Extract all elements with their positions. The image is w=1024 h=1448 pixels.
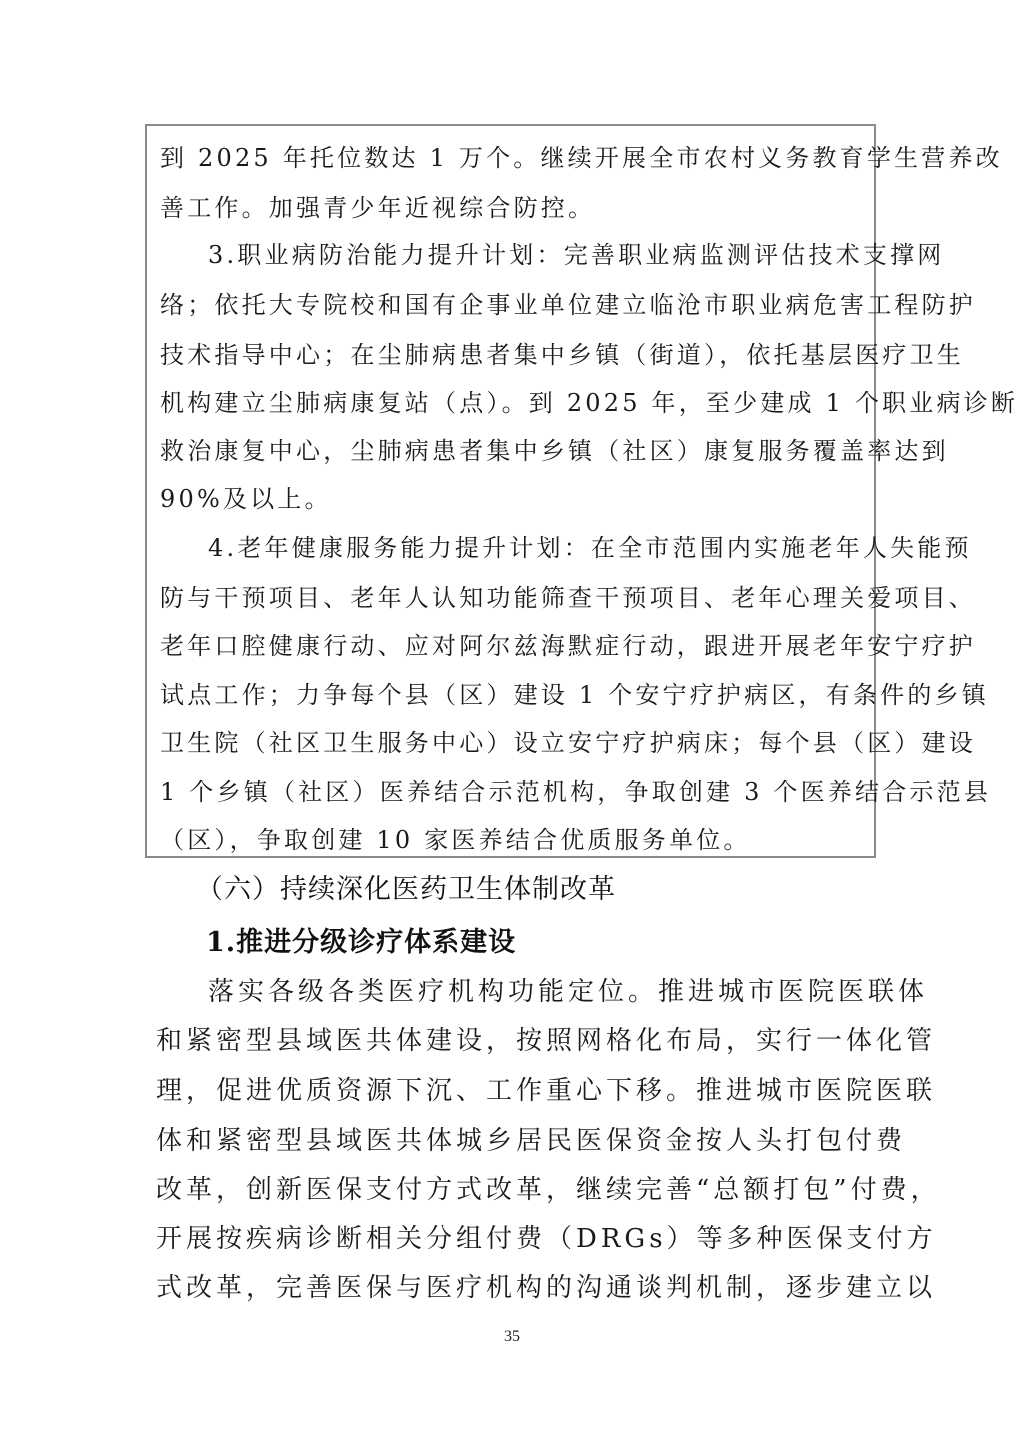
body-text-line: 和紧密型县域医共体建设，按照网格化布局，实行一体化管	[156, 1024, 870, 1058]
box-text-line: 到 2025 年托位数达 1 万个。继续开展全市农村义务教育学生营养改	[160, 143, 870, 173]
box-text-line: 老年口腔健康行动、应对阿尔兹海默症行动，跟进开展老年安宁疗护	[160, 631, 870, 661]
page-number: 35	[0, 1328, 1024, 1346]
box-text-line: 1 个乡镇（社区）医养结合示范机构，争取创建 3 个医养结合示范县	[160, 777, 870, 807]
box-text-line: （区），争取创建 10 家医养结合优质服务单位。	[160, 825, 870, 855]
box-text-line: 防与干预项目、老年人认知功能筛查干预项目、老年心理关爱项目、	[160, 583, 870, 613]
document-page: 到 2025 年托位数达 1 万个。继续开展全市农村义务教育学生营养改 善工作。…	[0, 0, 1024, 1448]
box-text-line: 4.老年健康服务能力提升计划：在全市范围内实施老年人失能预	[160, 533, 870, 563]
box-text-line: 机构建立尘肺病康复站（点）。到 2025 年，至少建成 1 个职业病诊断	[160, 388, 870, 418]
box-text-line: 善工作。加强青少年近视综合防控。	[160, 193, 870, 223]
body-text-line: 式改革，完善医保与医疗机构的沟通谈判机制，逐步建立以	[156, 1271, 870, 1305]
box-text-line: 卫生院（社区卫生服务中心）设立安宁疗护病床；每个县（区）建设	[160, 728, 870, 758]
subsection-heading: 1.推进分级诊疗体系建设	[206, 926, 516, 960]
box-text-line: 技术指导中心；在尘肺病患者集中乡镇（街道），依托基层医疗卫生	[160, 340, 870, 370]
box-text-line: 试点工作；力争每个县（区）建设 1 个安宁疗护病区，有条件的乡镇	[160, 680, 870, 710]
body-text-line: 落实各级各类医疗机构功能定位。推进城市医院医联体	[208, 975, 870, 1009]
body-text-line: 理，促进优质资源下沉、工作重心下移。推进城市医院医联	[156, 1074, 870, 1108]
box-text-line: 3.职业病防治能力提升计划：完善职业病监测评估技术支撑网	[160, 240, 870, 270]
section-heading: （六）持续深化医药卫生体制改革	[196, 873, 616, 907]
box-text-line: 90%及以上。	[160, 484, 870, 514]
body-text-line: 体和紧密型县域医共体城乡居民医保资金按人头打包付费	[156, 1124, 870, 1158]
body-text-line: 开展按疾病诊断相关分组付费（DRGs）等多种医保支付方	[156, 1222, 870, 1256]
box-text-line: 络；依托大专院校和国有企事业单位建立临沧市职业病危害工程防护	[160, 290, 870, 320]
box-text-line: 救治康复中心，尘肺病患者集中乡镇（社区）康复服务覆盖率达到	[160, 436, 870, 466]
body-text-line: 改革，创新医保支付方式改革，继续完善“总额打包”付费，	[156, 1173, 870, 1207]
